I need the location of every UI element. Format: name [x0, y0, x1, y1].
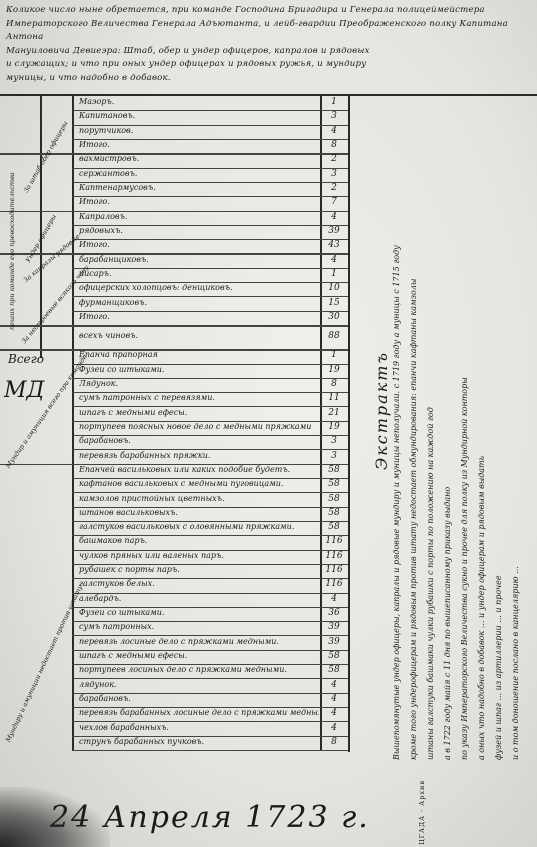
table-row-value: 10 — [320, 283, 348, 293]
table-row-value: 116 — [320, 565, 348, 575]
table-row-label: чулков пряных или валеных паръ. — [79, 551, 319, 560]
table-row-label: чехлов барабанныхъ. — [79, 723, 319, 732]
table-row-value: 4 — [320, 708, 348, 718]
table-row-value: 7 — [320, 197, 348, 207]
margin-mark-md: МД — [4, 378, 44, 403]
table-row-value: 3 — [320, 436, 348, 446]
table-row-value: 11 — [320, 393, 348, 403]
table-row-label: Фузеи со штыками. — [79, 365, 319, 374]
table-row-value: 4 — [320, 723, 348, 733]
table-row-value: 4 — [320, 255, 348, 265]
table-row-label: штанов васильковыхъ. — [79, 508, 319, 517]
table-row-value: 3 — [320, 111, 348, 121]
table-row-label: писаръ. — [79, 269, 319, 278]
table-row-label: Итого. — [79, 140, 319, 149]
table-row-label: алебардъ. — [79, 594, 319, 603]
table-row-label: перевязь барабанных лосиные дело с пряжк… — [79, 708, 319, 717]
table-row-value: 116 — [320, 536, 348, 546]
table-row-label: всехъ чиновъ. — [79, 331, 319, 340]
document-heading: Коликое число ныне обретается, при коман… — [6, 4, 526, 85]
table-row-value: 39 — [320, 622, 348, 632]
table-column-rule — [72, 96, 74, 750]
table-row-label: барабановъ. — [79, 694, 319, 703]
table-row-value: 4 — [320, 126, 348, 136]
table-row-rule — [0, 325, 348, 327]
extract-line: по указу Императорского Величества сукно… — [460, 377, 469, 760]
heading-line: и служащих; и что при оных ундер офицера… — [6, 58, 526, 72]
table-row-label: шпагъ с медными ефесы. — [79, 408, 319, 417]
table-row-label: Лядунок. — [79, 379, 319, 388]
extract-title: Экстрактъ — [372, 351, 391, 470]
table-row-value: 39 — [320, 637, 348, 647]
table-column-rule — [348, 96, 350, 752]
table-row-label: галстуков васильковых с оловянными пряжк… — [79, 522, 319, 531]
table-row-value: 8 — [320, 379, 348, 389]
table-row-value: 15 — [320, 298, 348, 308]
table-row-value: 4 — [320, 212, 348, 222]
table-row-label: Маэоръ. — [79, 97, 319, 106]
table-row-label: барабанщиковъ. — [79, 255, 319, 264]
table-row-value: 1 — [320, 350, 348, 360]
table-row-value: 4 — [320, 680, 348, 690]
table-row-label: перевязь лосиные дело с пряжками медными… — [79, 637, 319, 646]
table-row-value: 21 — [320, 408, 348, 418]
table-row-label: Епанчей васильковых или каких подобие бу… — [79, 465, 319, 474]
extract-line: а в 1722 году майя с 11 дня по вышеписан… — [443, 487, 452, 760]
table-row-value: 58 — [320, 522, 348, 532]
extract-line: и о том доношение послано в канцелярию .… — [511, 566, 520, 760]
table-row-value: 2 — [320, 154, 348, 164]
table-row-value: 58 — [320, 479, 348, 489]
table-row-label: рядовыхъ. — [79, 226, 319, 235]
heading-line: муницы, и что надобно в добавок. — [6, 72, 526, 86]
table-row-label: камзолов пристойных цветныхъ. — [79, 494, 319, 503]
extract-line: а оных что надобно в добавок ... и ундер… — [477, 456, 486, 760]
table-row-label: Каптенармусовъ. — [79, 183, 319, 192]
table-row-value: 3 — [320, 169, 348, 179]
extract-line: фузей и шпаг ... из артиллерии ... и про… — [494, 575, 503, 760]
table-row-label: вахмистровъ. — [79, 154, 319, 163]
table-row-label: Итого. — [79, 312, 319, 321]
table-row-value: 4 — [320, 694, 348, 704]
table-row-value: 19 — [320, 422, 348, 432]
table-row-label: башмаков паръ. — [79, 536, 319, 545]
table-row-value: 19 — [320, 365, 348, 375]
table-row-label: рубашек с порты паръ. — [79, 565, 319, 574]
table-row-label: Итого. — [79, 197, 319, 206]
table-row-value: 2 — [320, 183, 348, 193]
table-row-label: Капитановъ. — [79, 111, 319, 120]
table-row-value: 58 — [320, 508, 348, 518]
table-row-value: 30 — [320, 312, 348, 322]
table-row-label: порутчиков. — [79, 126, 319, 135]
table-row-label: шпагъ с медными ефесы. — [79, 651, 319, 660]
table-row-value: 1 — [320, 269, 348, 279]
extract-line: Вышепомянутые ундер офицеры, капралы и р… — [392, 245, 401, 760]
heading-line: Коликое число ныне обретается, при коман… — [6, 4, 526, 18]
table-row-value: 116 — [320, 579, 348, 589]
table-row-value: 43 — [320, 240, 348, 250]
table-row-value: 39 — [320, 226, 348, 236]
table-row-label: струнъ барабанных пучковъ. — [79, 737, 319, 746]
table-row-label: портупеев лосиных дело с пряжками медным… — [79, 665, 319, 674]
table-row-value: 3 — [320, 451, 348, 461]
top-rule — [0, 94, 537, 96]
archive-stamp: ЦГАДА · Архив — [418, 780, 426, 845]
table-row-label: перевязь барабанных пряжки. — [79, 451, 319, 460]
margin-label-total: Всего — [8, 352, 44, 366]
corner-shadow — [0, 787, 110, 847]
document-page: Коликое число ныне обретается, при коман… — [0, 0, 537, 847]
table-row-rule — [72, 750, 348, 751]
table-row-label: Фузеи со штыками. — [79, 608, 319, 617]
table-row-value: 1 — [320, 97, 348, 107]
table-row-label: сумъ патронных с перевязями. — [79, 393, 319, 402]
margin-label-officers: За штаб обер офицеры — [22, 120, 70, 194]
table-row-value: 8 — [320, 140, 348, 150]
table-row-label: портупеев поясных новое дело с медными п… — [79, 422, 319, 431]
table-row-label: офицерских холопцовъ: денщиковъ. — [79, 283, 319, 292]
extract-line: кроме того ундерофицерам и рядовым проти… — [409, 279, 418, 760]
margin-label-outer-group: пеших при команде его превосходительства — [8, 172, 16, 330]
table-row-value: 58 — [320, 651, 348, 661]
table-row-value: 36 — [320, 608, 348, 618]
table-row-label: барабановъ. — [79, 436, 319, 445]
table-row-label: Епанча прапорная — [79, 350, 319, 359]
table-row-value: 88 — [320, 331, 348, 341]
table-row-label: фурманщиковъ. — [79, 298, 319, 307]
table-row-label: сумъ патронных. — [79, 622, 319, 631]
table-row-value: 8 — [320, 737, 348, 747]
margin-label-ammo: Мундир и амуниция всего при команде — [4, 353, 89, 469]
table-row-label: Итого. — [79, 240, 319, 249]
table-row-label: сержантовъ. — [79, 169, 319, 178]
table-row-label: кафтанов васильковых с медными пуговицам… — [79, 479, 319, 488]
heading-line: Императорского Величества Генерала Адъют… — [6, 18, 526, 45]
table-row-value: 58 — [320, 494, 348, 504]
heading-line: Мануиловича Девиеэра: Штаб, обер и ундер… — [6, 45, 526, 59]
extract-line: штаны галстуки башмаки чулки рубашки с п… — [426, 407, 435, 760]
table-row-value: 116 — [320, 551, 348, 561]
table-row-label: галстуков белых. — [79, 579, 319, 588]
table-row-label: лядунок. — [79, 680, 319, 689]
table-row-value: 58 — [320, 465, 348, 475]
table-row-value: 58 — [320, 665, 348, 675]
table-row-label: Капраловъ. — [79, 212, 319, 221]
table-row-value: 4 — [320, 594, 348, 604]
